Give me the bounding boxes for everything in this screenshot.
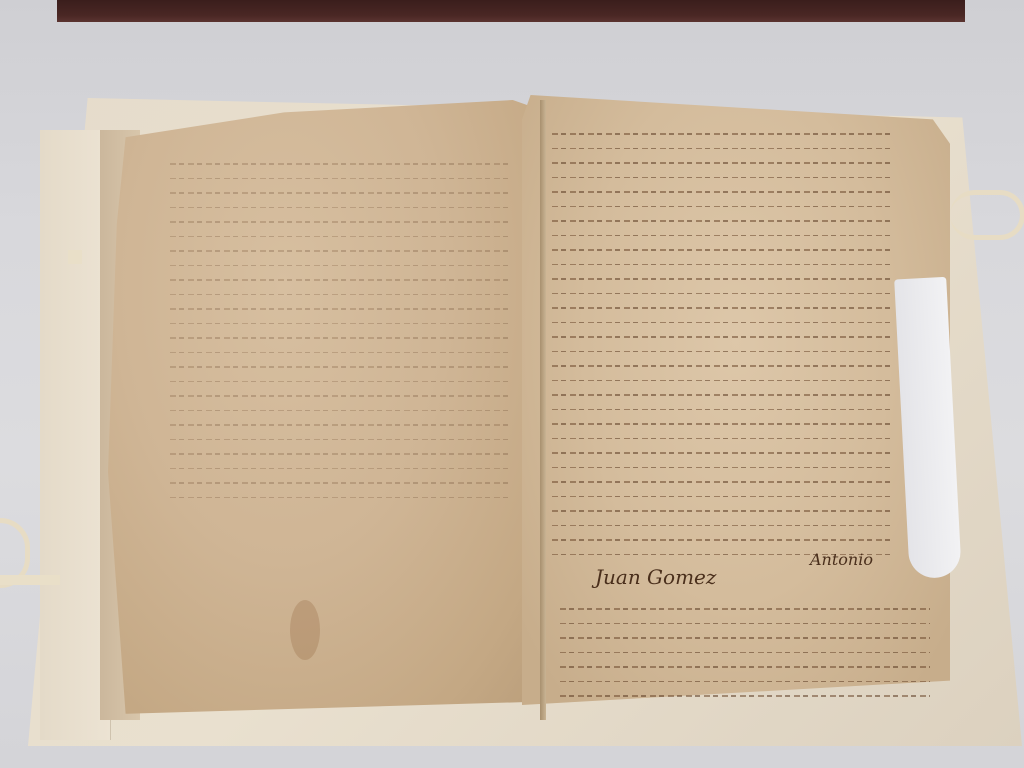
handwriting-postscript	[560, 595, 930, 710]
faded-handwriting	[170, 150, 510, 511]
book-gutter	[540, 100, 546, 720]
signature: Juan Gomez	[595, 565, 716, 589]
handwriting-body	[552, 120, 892, 568]
signature-right: Antonio	[810, 550, 873, 569]
tie-strap-end	[68, 250, 82, 264]
tie-strap	[0, 575, 60, 585]
folder-tie-right	[950, 190, 1024, 240]
stain	[290, 600, 320, 660]
dark-board	[57, 0, 965, 22]
